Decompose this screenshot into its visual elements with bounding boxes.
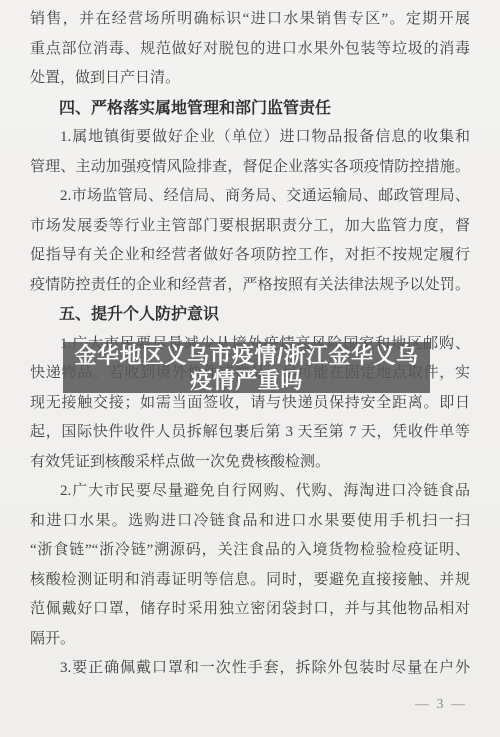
text-line: 和进口水果。选购进口冷链食品和进口水果要使用手机扫一扫 xyxy=(30,507,470,537)
headline-overlay: 金华地区义乌市疫情/浙江金华义乌 疫情严重吗 xyxy=(63,342,430,393)
text-line: 隔开。 xyxy=(30,625,470,655)
text-line: 范佩戴好口罩，储存时采用独立密闭袋封口，并与其他物品相对 xyxy=(30,595,470,625)
headline-line1: 金华地区义乌市疫情/浙江金华义乌 xyxy=(74,343,418,368)
section-heading-5: 五、提升个人防护意识 xyxy=(30,300,470,330)
page-number: — 3 — xyxy=(415,697,467,713)
document-page: 销售，并在经营场所明确标识“进口水果销售专区”。定期开展 重点部位消毒、规范做好… xyxy=(0,0,500,737)
text-line: “浙食链”“浙冷链”溯源码，关注食品的入境货物检验检疫证明、 xyxy=(30,536,470,566)
text-line: 市场发展委等行业主管部门要根据职责分工，加大监管力度，督 xyxy=(30,212,470,242)
text-line: 疫情防控责任的企业和经营者，严格按照有关法律法规予以处罚。 xyxy=(30,271,470,301)
text-line: 2.市场监管局、经信局、商务局、交通运输局、邮政管理局、 xyxy=(30,182,470,212)
text-line: 管理、主动加强疫情风险排查，督促企业落实各项疫情防控措施。 xyxy=(30,153,470,183)
section-heading-4: 四、严格落实属地管理和部门监管责任 xyxy=(30,94,470,124)
text-line: 处置，做到日产日清。 xyxy=(30,64,470,94)
headline-line2: 疫情严重吗 xyxy=(190,368,303,393)
text-line: 促指导有关企业和经营者做好各项防控工作，对拒不按规定履行 xyxy=(30,241,470,271)
text-line: 重点部位消毒、规范做好对脱包的进口水果外包装等垃圾的消毒 xyxy=(30,35,470,65)
text-line: 2.广大市民要尽量避免自行网购、代购、海淘进口冷链食品 xyxy=(30,477,470,507)
text-line: 1.属地镇街要做好企业（单位）进口物品报备信息的收集和 xyxy=(30,123,470,153)
text-line: 核酸检测证明和消毒证明等信息。同时，要避免直接接触、并规 xyxy=(30,566,470,596)
text-line: 3.要正确佩戴口罩和一次性手套，拆除外包装时尽量在户外 xyxy=(30,654,470,684)
text-line: 销售，并在经营场所明确标识“进口水果销售专区”。定期开展 xyxy=(30,5,470,35)
text-line: 起，国际快件收件人员拆解包裹后第 3 天至第 7 天，凭收件单等 xyxy=(30,418,470,448)
text-line: 有效凭证到核酸采样点做一次免费核酸检测。 xyxy=(30,448,470,478)
